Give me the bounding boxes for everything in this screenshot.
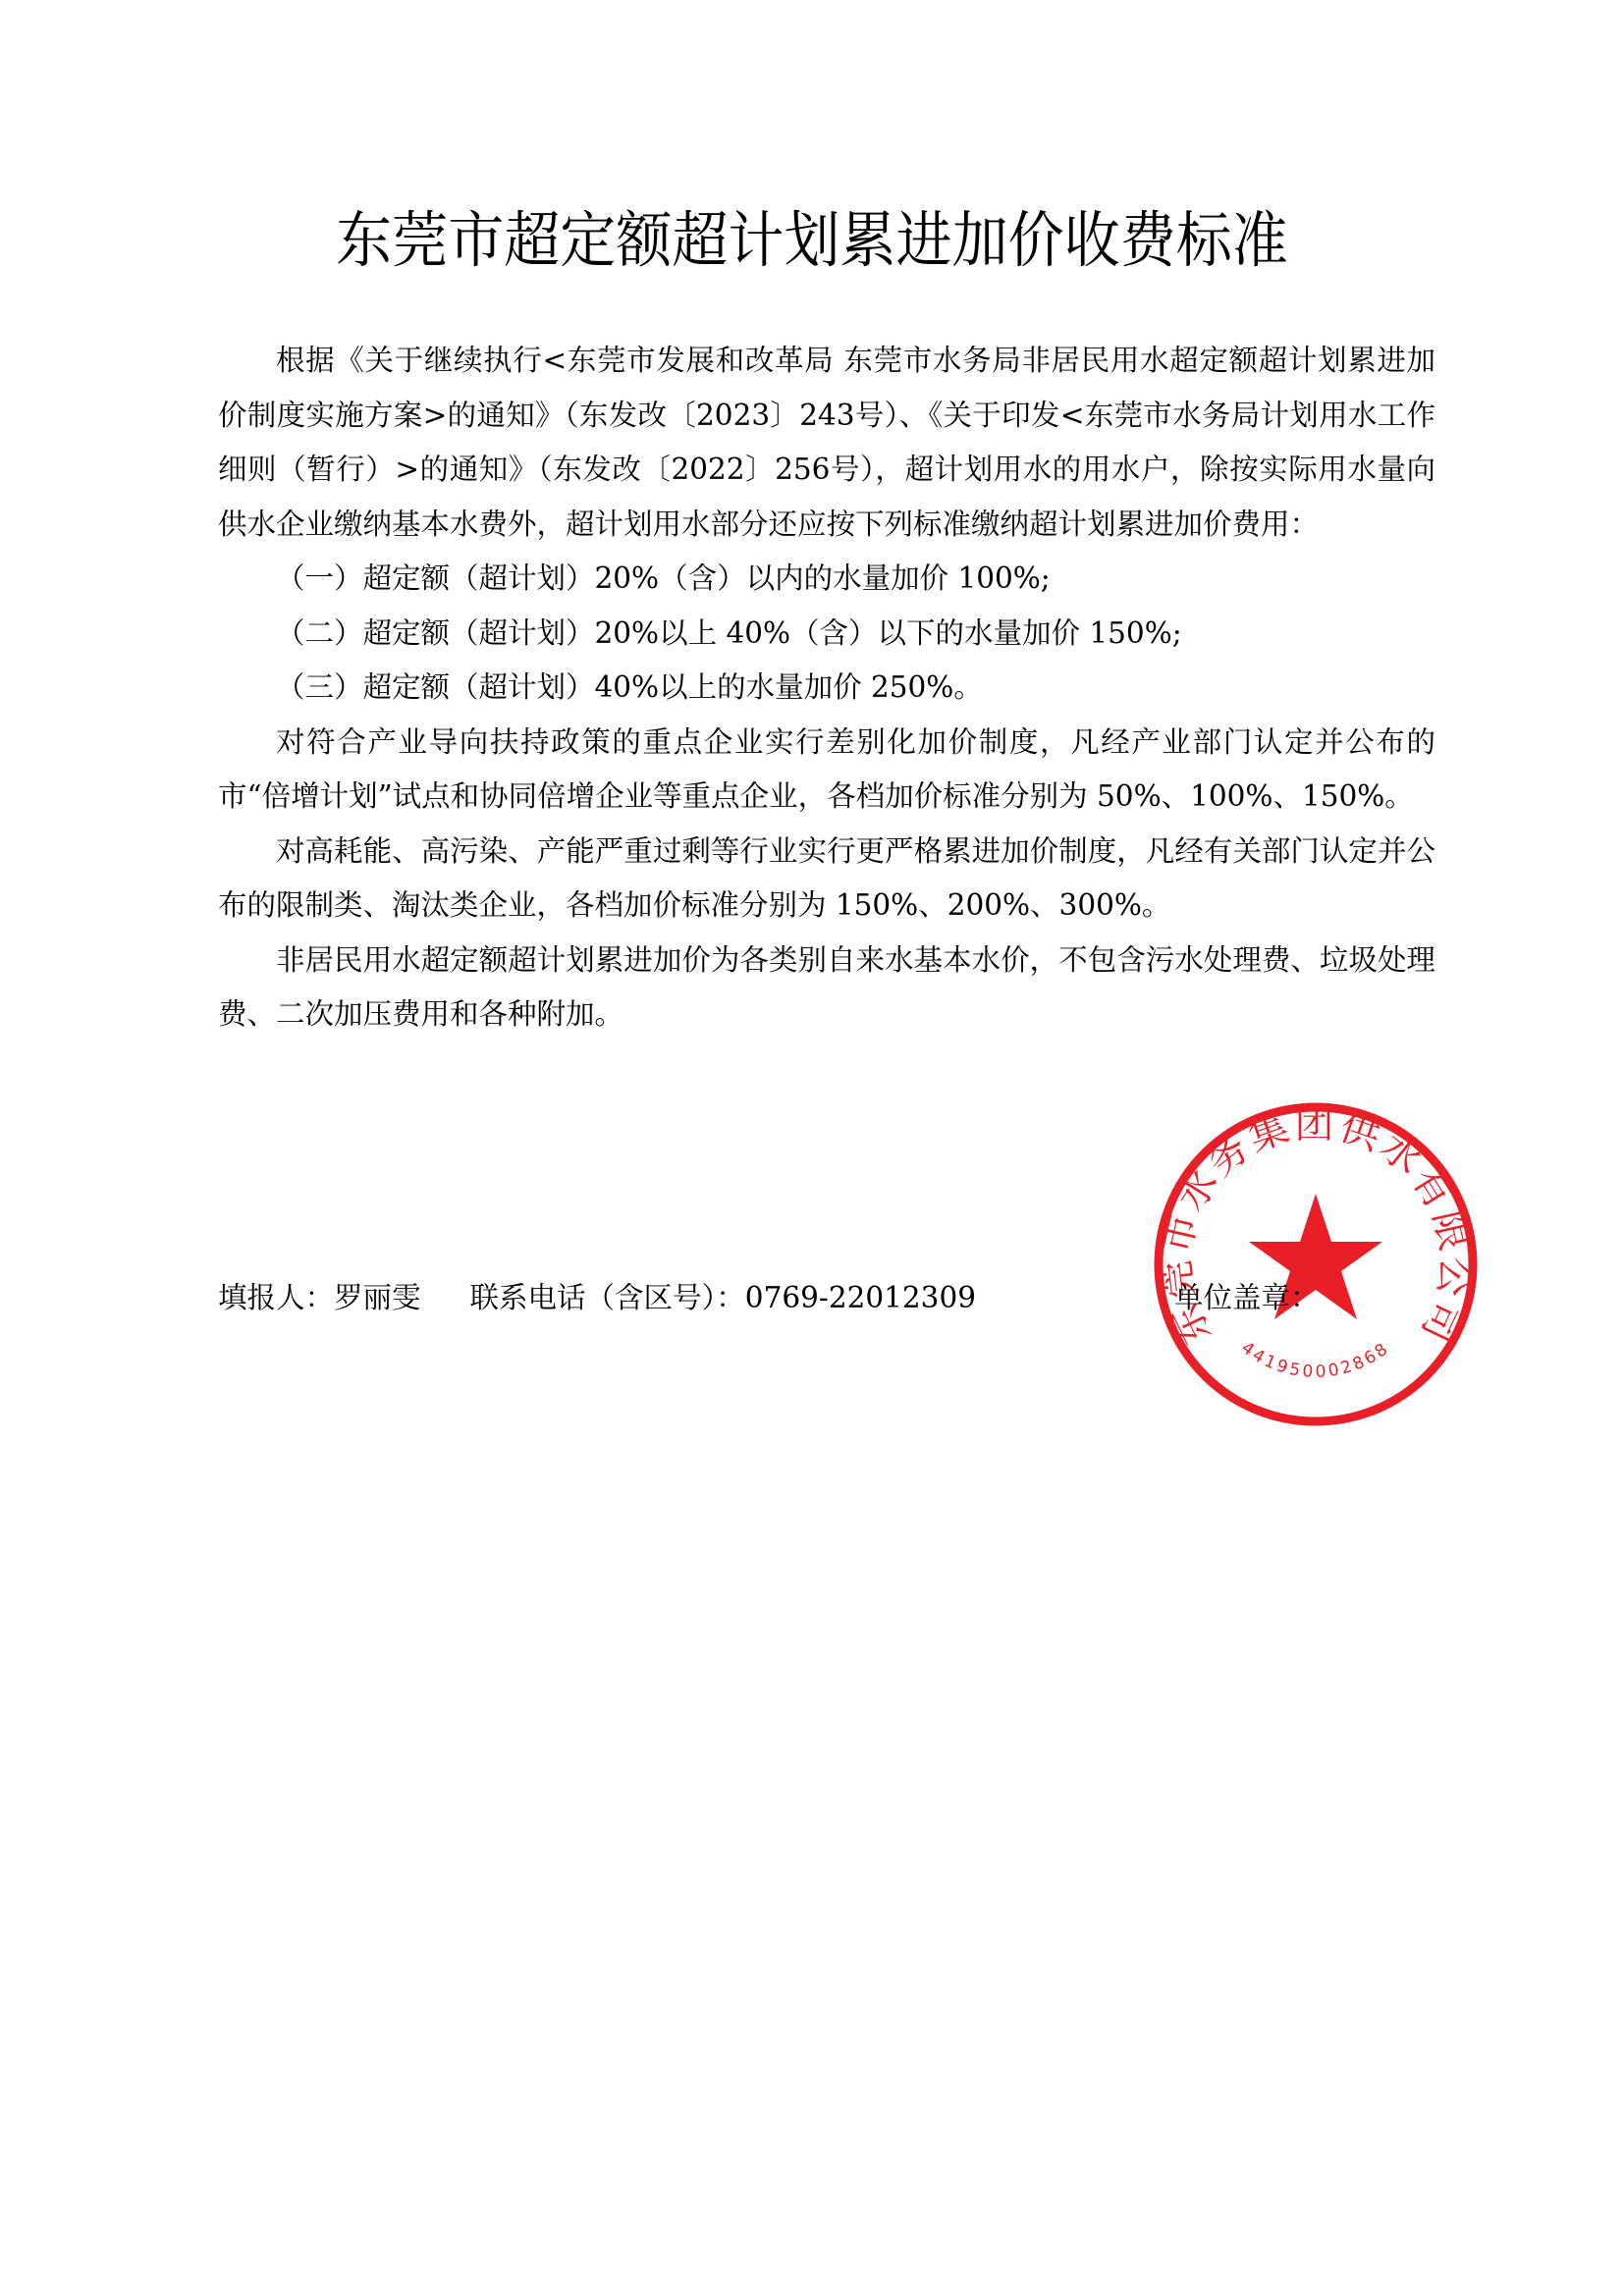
phone-label: 联系电话（含区号）： [470,1278,745,1317]
scope-paragraph: 非居民用水超定额超计划累进加价为各类别自来水基本水价，不包含污水处理费、垃圾处理… [218,934,1435,1042]
document-body: 根据《关于继续执行<东莞市发展和改革局 东莞市水务局非居民用水超定额超计划累进加… [218,334,1435,1042]
document-title: 东莞市超定额超计划累进加价收费标准 [65,201,1559,280]
filler-name: 罗丽雯 [334,1278,421,1317]
tier-item-2: （二）超定额（超计划）20%以上 40%（含）以下的水量加价 150%; [218,607,1435,662]
tier-item-3: （三）超定额（超计划）40%以上的水量加价 250%。 [218,661,1435,716]
seal-label: 单位盖章： [1174,1278,1320,1317]
seal-graphic: 东莞市水务集团供水有限公司 441950002868 [1151,1099,1481,1429]
filler-label: 填报人： [218,1278,334,1317]
phone-number: 0769-22012309 [745,1278,976,1317]
footer-info: 填报人：罗丽雯联系电话（含区号）：0769-22012309 [218,1278,976,1317]
restricted-enterprise-paragraph: 对高耗能、高污染、产能严重过剩等行业实行更严格累进加价制度，凡经有关部门认定并公… [218,825,1435,934]
key-enterprise-paragraph: 对符合产业导向扶持政策的重点企业实行差别化加价制度，凡经产业部门认定并公布的市“… [218,716,1435,825]
tier-item-1: （一）超定额（超计划）20%（含）以内的水量加价 100%; [218,552,1435,607]
svg-text:441950002868: 441950002868 [1237,1338,1393,1382]
official-seal: 东莞市水务集团供水有限公司 441950002868 [1151,1099,1481,1429]
intro-paragraph: 根据《关于继续执行<东莞市发展和改革局 东莞市水务局非居民用水超定额超计划累进加… [218,334,1435,552]
document-page: 东莞市超定额超计划累进加价收费标准 根据《关于继续执行<东莞市发展和改革局 东莞… [0,0,1624,2296]
seal-code-text: 441950002868 [1237,1338,1393,1382]
